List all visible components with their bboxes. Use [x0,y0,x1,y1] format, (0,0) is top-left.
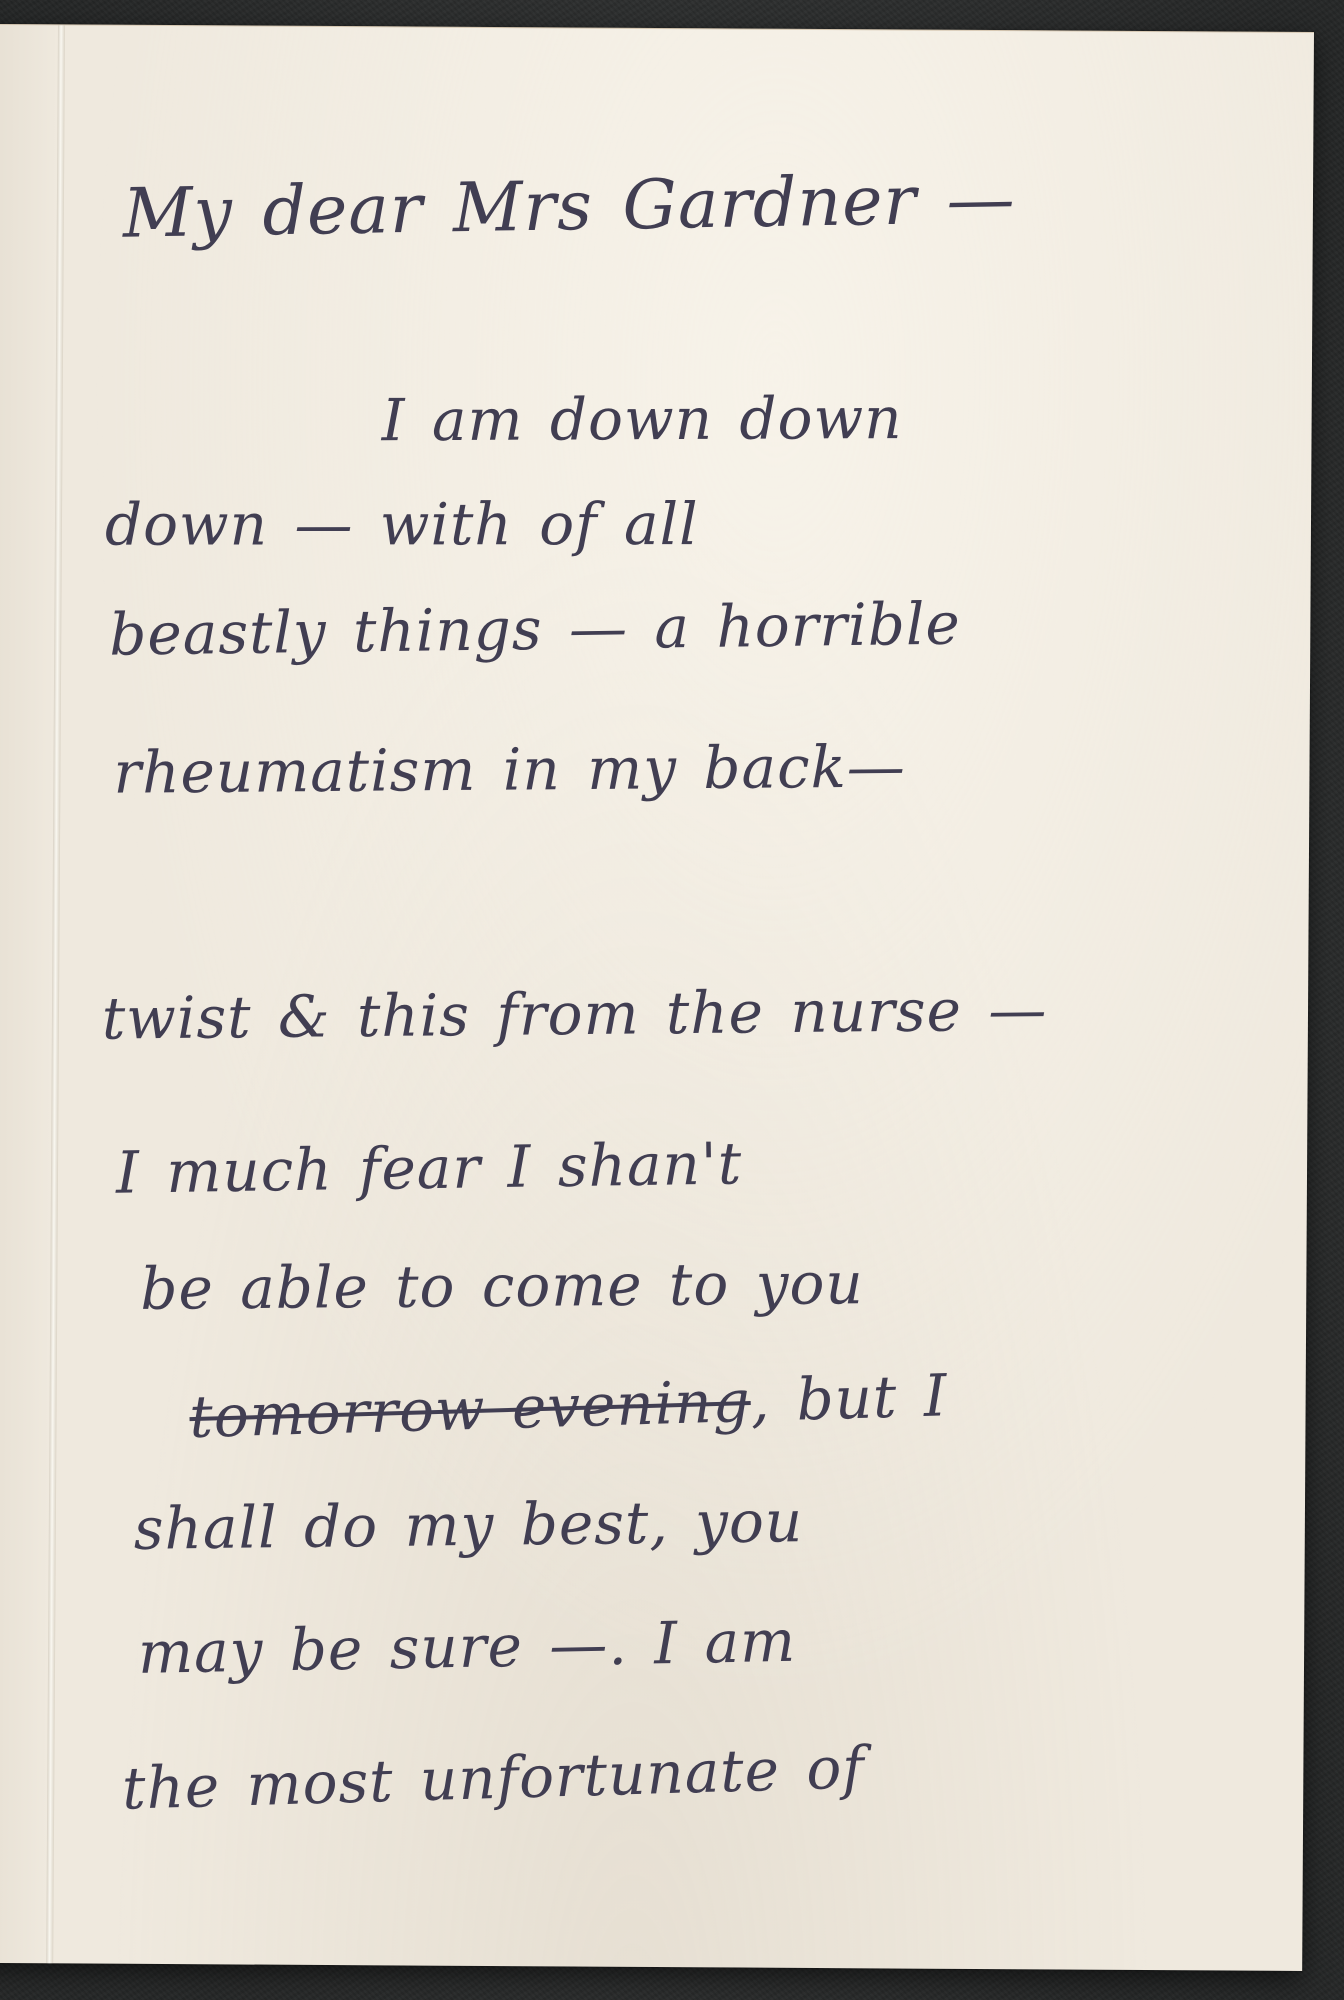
letter-line-3: down — with of all [105,493,699,557]
letter-line-10: shall do my best, you [133,1490,803,1561]
photo-background: My dear Mrs Gardner — I am down down dow… [0,0,1344,2000]
letter-line-11: may be sure —. I am [137,1610,796,1686]
letter-line-9-rest: , but I [750,1361,949,1435]
letter-page: My dear Mrs Gardner — I am down down dow… [0,24,1314,1971]
salutation-line: My dear Mrs Gardner — [122,163,1016,253]
letter-line-6: twist & this from the nurse — [102,979,1048,1052]
letter-line-8: be able to come to you [140,1252,864,1321]
handwritten-text: My dear Mrs Gardner — I am down down dow… [0,25,1314,1971]
struck-out-text: tomorrow evening [189,1367,752,1451]
letter-line-9: tomorrow evening, but I [189,1364,949,1450]
letter-line-5: rheumatism in my back— [113,735,906,805]
letter-line-12: the most unfortunate of [121,1736,865,1821]
letter-line-7: I much fear I shan't [116,1132,743,1205]
letter-line-4: beastly things — a horrible [109,593,961,668]
letter-line-2: I am down down [381,387,902,453]
